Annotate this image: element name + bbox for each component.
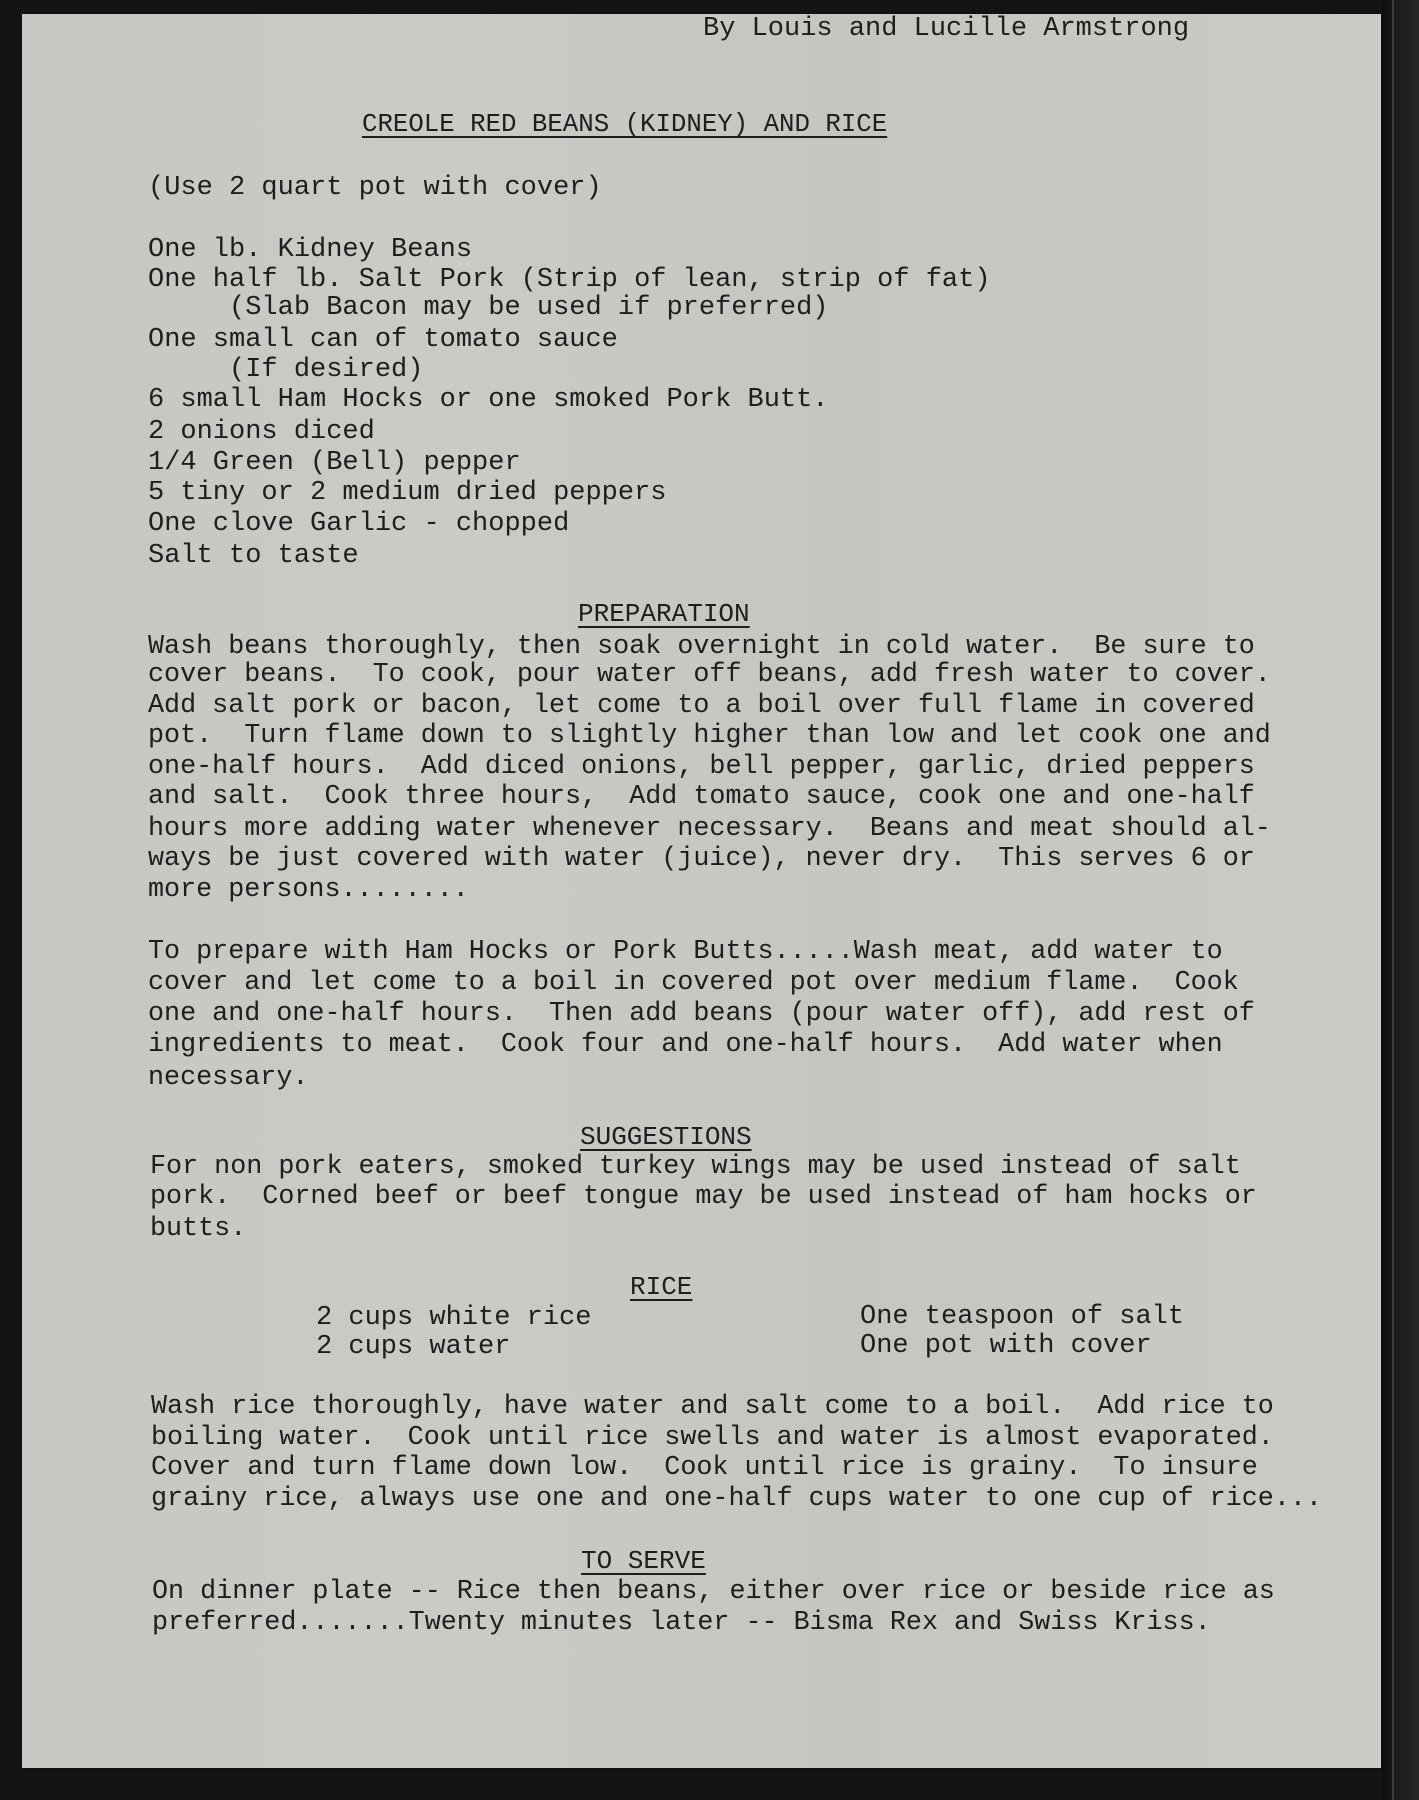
paragraph-line: necessary. xyxy=(148,1063,308,1093)
ingredient-item: Salt to taste xyxy=(148,541,359,571)
paragraph-line: cover and let come to a boil in covered … xyxy=(148,968,1239,998)
paragraph-line: pork. Corned beef or beef tongue may be … xyxy=(150,1182,1257,1212)
ingredient-item: One lb. Kidney Beans xyxy=(148,235,472,265)
paragraph-line: cover beans. To cook, pour water off bea… xyxy=(148,660,1271,690)
paragraph-line: butts. xyxy=(150,1214,246,1244)
ingredient-note: (Slab Bacon may be used if preferred) xyxy=(148,293,829,323)
ingredient-item: 1/4 Green (Bell) pepper xyxy=(148,448,521,478)
preparation-heading: PREPARATION xyxy=(578,599,750,629)
paragraph-line: For non pork eaters, smoked turkey wings… xyxy=(150,1152,1241,1182)
suggestions-heading: SUGGESTIONS xyxy=(580,1122,752,1152)
byline: By Louis and Lucille Armstrong xyxy=(703,14,1189,44)
rice-ingredient-item: 2 cups water xyxy=(316,1332,510,1362)
ingredient-item: One half lb. Salt Pork (Strip of lean, s… xyxy=(148,265,991,295)
paragraph-line: and salt. Cook three hours, Add tomato s… xyxy=(148,782,1255,812)
ingredient-item: One small can of tomato sauce xyxy=(148,325,618,355)
to-serve-heading: TO SERVE xyxy=(581,1546,706,1576)
rice-heading: RICE xyxy=(630,1272,692,1302)
paragraph-line: hours more adding water whenever necessa… xyxy=(148,814,1271,844)
paragraph-line: To prepare with Ham Hocks or Pork Butts.… xyxy=(148,937,1223,967)
paragraph-line: Cover and turn flame down low. Cook unti… xyxy=(151,1453,1258,1483)
document-page: By Louis and Lucille Armstrong CREOLE RE… xyxy=(22,14,1381,1768)
paragraph-line: Wash beans thoroughly, then soak overnig… xyxy=(148,632,1255,662)
rice-ingredient-item: One teaspoon of salt xyxy=(860,1302,1184,1332)
rice-ingredient-item: 2 cups white rice xyxy=(316,1303,591,1333)
paragraph-line: pot. Turn flame down to slightly higher … xyxy=(148,721,1271,751)
ingredient-item: 6 small Ham Hocks or one smoked Pork But… xyxy=(148,385,829,415)
ingredient-note: (If desired) xyxy=(148,355,423,385)
scanner-background-edge xyxy=(1382,0,1419,1800)
paragraph-line: grainy rice, always use one and one-half… xyxy=(151,1484,1322,1514)
paragraph-line: On dinner plate -- Rice then beans, eith… xyxy=(152,1577,1275,1607)
pot-note: (Use 2 quart pot with cover) xyxy=(148,173,602,203)
paragraph-line: more persons........ xyxy=(148,875,469,905)
paragraph-line: one and one-half hours. Then add beans (… xyxy=(148,999,1255,1029)
ingredient-item: 2 onions diced xyxy=(148,417,375,447)
rice-ingredient-item: One pot with cover xyxy=(860,1331,1152,1361)
ingredient-item: 5 tiny or 2 medium dried peppers xyxy=(148,478,666,508)
recipe-title: CREOLE RED BEANS (KIDNEY) AND RICE xyxy=(362,109,887,139)
paragraph-line: boiling water. Cook until rice swells an… xyxy=(151,1423,1274,1453)
paragraph-line: ingredients to meat. Cook four and one-h… xyxy=(148,1030,1223,1060)
paragraph-line: one-half hours. Add diced onions, bell p… xyxy=(148,752,1255,782)
paragraph-line: Wash rice thoroughly, have water and sal… xyxy=(151,1392,1274,1422)
ingredient-item: One clove Garlic - chopped xyxy=(148,509,569,539)
paragraph-line: Add salt pork or bacon, let come to a bo… xyxy=(148,691,1255,721)
paragraph-line: preferred.......Twenty minutes later -- … xyxy=(152,1608,1211,1638)
paragraph-line: ways be just covered with water (juice),… xyxy=(148,844,1255,874)
scanner-edge-line xyxy=(1392,0,1394,1800)
